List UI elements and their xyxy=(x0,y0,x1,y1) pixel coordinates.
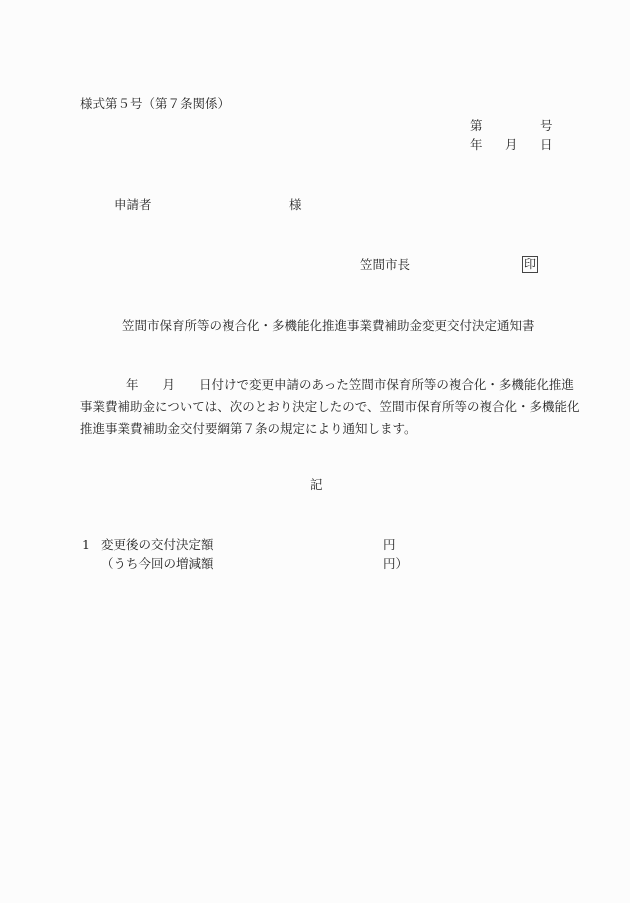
item-2-unit: 円） xyxy=(383,556,408,572)
body-line-1-text: 日付けで変更申請のあった笠間市保育所等の複合化・多機能化推進 xyxy=(199,377,574,392)
body-date-month: 月 xyxy=(163,377,176,392)
date-year: 年 xyxy=(470,137,483,153)
date-month: 月 xyxy=(505,137,518,153)
form-label: 様式第５号（第７条関係） xyxy=(80,96,230,112)
body-line-2: 事業費補助金については、次のとおり決定したので、笠間市保育所等の複合化・多機能化 xyxy=(80,396,560,418)
body-line-3: 推進事業費補助金交付要綱第７条の規定により通知します。 xyxy=(80,418,560,440)
seal-icon: 印 xyxy=(522,256,538,273)
item-1-number: 1 xyxy=(82,537,90,553)
item-2-label: （うち今回の増減額 xyxy=(101,556,214,572)
addressee-label: 申請者 xyxy=(114,197,152,213)
ki-heading: 記 xyxy=(310,477,323,493)
document-title: 笠間市保育所等の複合化・多機能化推進事業費補助金変更交付決定通知書 xyxy=(122,318,535,334)
issuer-title: 笠間市長 xyxy=(360,257,410,273)
body-date-year: 年 xyxy=(126,377,139,392)
addressee-honorific: 様 xyxy=(289,197,302,213)
body-paragraph: 年月日付けで変更申請のあった笠間市保育所等の複合化・多機能化推進 事業費補助金に… xyxy=(80,374,560,440)
seal-mark: 印 xyxy=(522,256,538,273)
number-suffix: 号 xyxy=(540,118,553,134)
body-line-1: 年月日付けで変更申請のあった笠間市保育所等の複合化・多機能化推進 xyxy=(80,374,560,396)
item-1-unit: 円 xyxy=(383,537,396,553)
item-1-label: 変更後の交付決定額 xyxy=(101,537,214,553)
number-prefix: 第 xyxy=(470,118,483,134)
date-day: 日 xyxy=(540,137,553,153)
